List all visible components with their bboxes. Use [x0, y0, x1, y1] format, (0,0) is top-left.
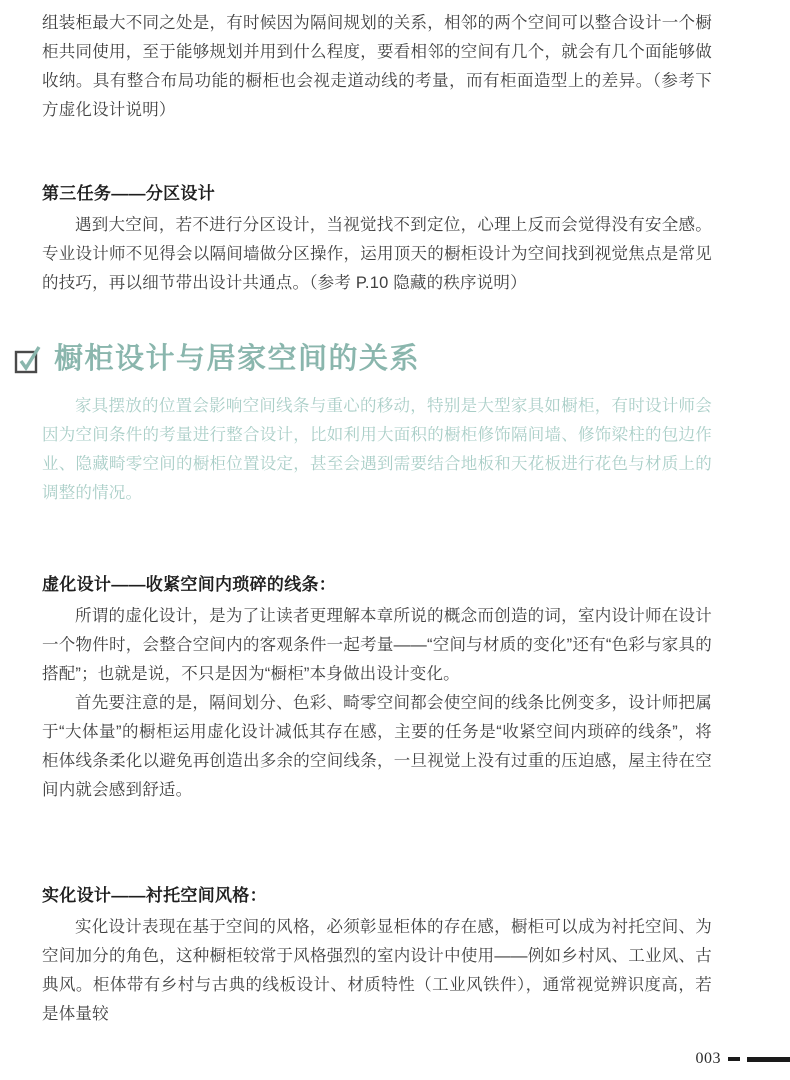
footer-dash-short	[728, 1057, 740, 1061]
checked-checkbox-icon	[13, 343, 43, 375]
page-footer: 003	[696, 1050, 790, 1068]
intro-paragraph: 组装柜最大不同之处是，有时候因为隔间规划的关系，相邻的两个空间可以整合设计一个橱…	[42, 9, 712, 125]
xuhua-section-heading: 虚化设计——收紧空间内琐碎的线条：	[42, 570, 712, 595]
shihua-section-heading: 实化设计——衬托空间风格：	[42, 881, 712, 906]
xuhua-section-paragraph-1: 所谓的虚化设计，是为了让读者更理解本章所说的概念而创造的词，室内设计师在设计一个…	[42, 602, 712, 689]
relation-section-title-row: 橱柜设计与居家空间的关系	[13, 342, 712, 376]
document-page: 组装柜最大不同之处是，有时候因为隔间规划的关系，相邻的两个空间可以整合设计一个橱…	[0, 0, 790, 1080]
relation-section-paragraph: 家具摆放的位置会影响空间线条与重心的移动，特别是大型家具如橱柜，有时设计师会因为…	[42, 392, 712, 508]
task-section-paragraph: 遇到大空间，若不进行分区设计，当视觉找不到定位，心理上反而会觉得没有安全感。专业…	[42, 211, 712, 298]
shihua-section-paragraph: 实化设计表现在基于空间的风格，必须彰显柜体的存在感，橱柜可以成为衬托空间、为空间…	[42, 913, 712, 1029]
footer-dash-long	[747, 1057, 790, 1062]
task-section-heading: 第三任务——分区设计	[42, 179, 712, 204]
xuhua-section-paragraph-2: 首先要注意的是，隔间划分、色彩、畸零空间都会使空间的线条比例变多，设计师把属于“…	[42, 689, 712, 805]
relation-section-heading: 橱柜设计与居家空间的关系	[54, 342, 420, 376]
page-number: 003	[696, 1050, 722, 1068]
